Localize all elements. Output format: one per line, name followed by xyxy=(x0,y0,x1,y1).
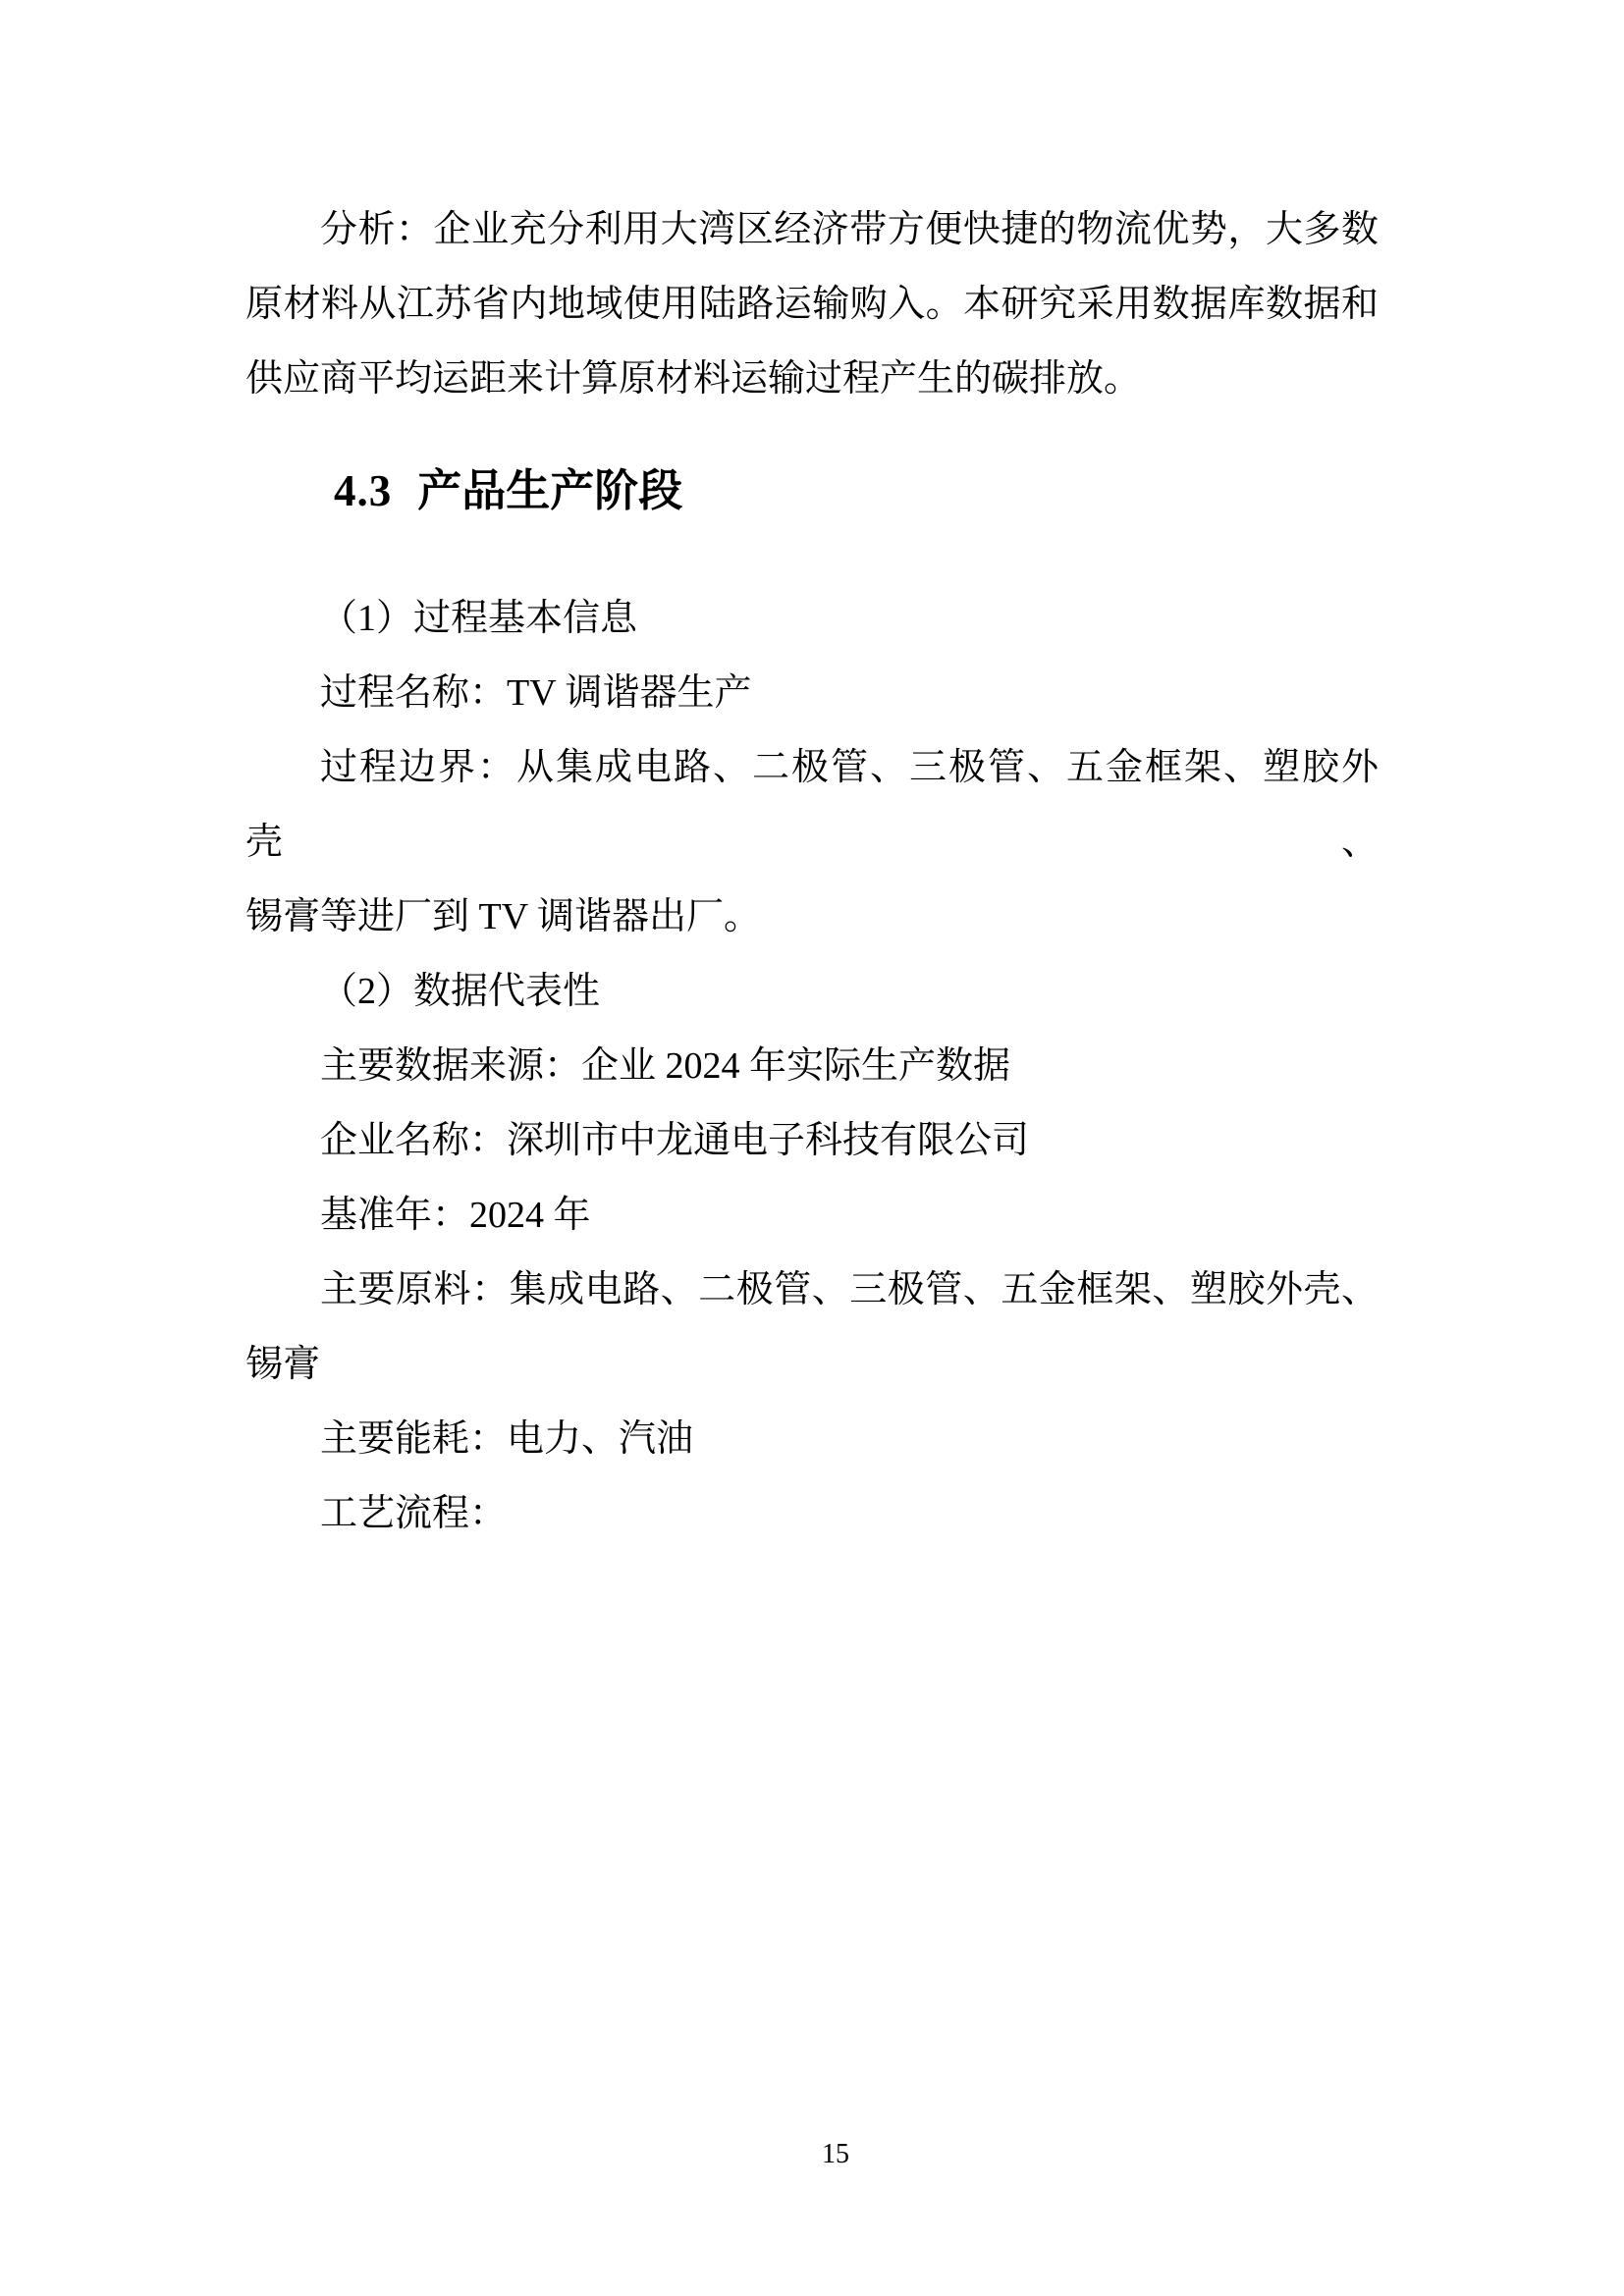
section-title: 产品生产阶段 xyxy=(417,466,682,515)
paragraph-line: 原材料从江苏省内地域使用陆路运输购入。本研究采用数据库数据和 xyxy=(245,267,1379,342)
page-footer: 15 xyxy=(0,2140,1624,2169)
analysis-paragraph: 分析：企业充分利用大湾区经济带方便快捷的物流优势，大多数 原材料从江苏省内地域使… xyxy=(245,192,1379,416)
body-line: 过程边界：从集成电路、二极管、三极管、五金框架、塑胶外壳、 xyxy=(245,730,1379,880)
paragraph-line: 供应商平均运距来计算原材料运输过程产生的碳排放。 xyxy=(245,342,1379,416)
body-line: 主要数据来源：企业 2024 年实际生产数据 xyxy=(245,1029,1379,1103)
page-number: 15 xyxy=(822,2139,849,2169)
paragraph-line: 分析：企业充分利用大湾区经济带方便快捷的物流优势，大多数 xyxy=(245,192,1379,267)
section-number: 4.3 xyxy=(334,466,392,515)
body-line: 主要原料：集成电路、二极管、三极管、五金框架、塑胶外壳、 xyxy=(245,1253,1379,1327)
production-stage-details: （1）过程基本信息 过程名称：TV 调谐器生产 过程边界：从集成电路、二极管、三… xyxy=(245,581,1379,1551)
body-line: （1）过程基本信息 xyxy=(245,581,1379,656)
body-line: 工艺流程： xyxy=(245,1476,1379,1551)
body-line: 企业名称：深圳市中龙通电子科技有限公司 xyxy=(245,1103,1379,1178)
body-line: 主要能耗：电力、汽油 xyxy=(245,1402,1379,1476)
body-line: 锡膏 xyxy=(245,1327,1379,1402)
body-line: 基准年：2024 年 xyxy=(245,1178,1379,1253)
page-content: 分析：企业充分利用大湾区经济带方便快捷的物流优势，大多数 原材料从江苏省内地域使… xyxy=(245,0,1379,1551)
body-line: 过程名称：TV 调谐器生产 xyxy=(245,656,1379,730)
body-line: 锡膏等进厂到 TV 调谐器出厂。 xyxy=(245,880,1379,954)
body-line: （2）数据代表性 xyxy=(245,954,1379,1029)
section-heading: 4.3产品生产阶段 xyxy=(245,454,1379,528)
document-page: 分析：企业充分利用大湾区经济带方便快捷的物流优势，大多数 原材料从江苏省内地域使… xyxy=(0,0,1624,2296)
